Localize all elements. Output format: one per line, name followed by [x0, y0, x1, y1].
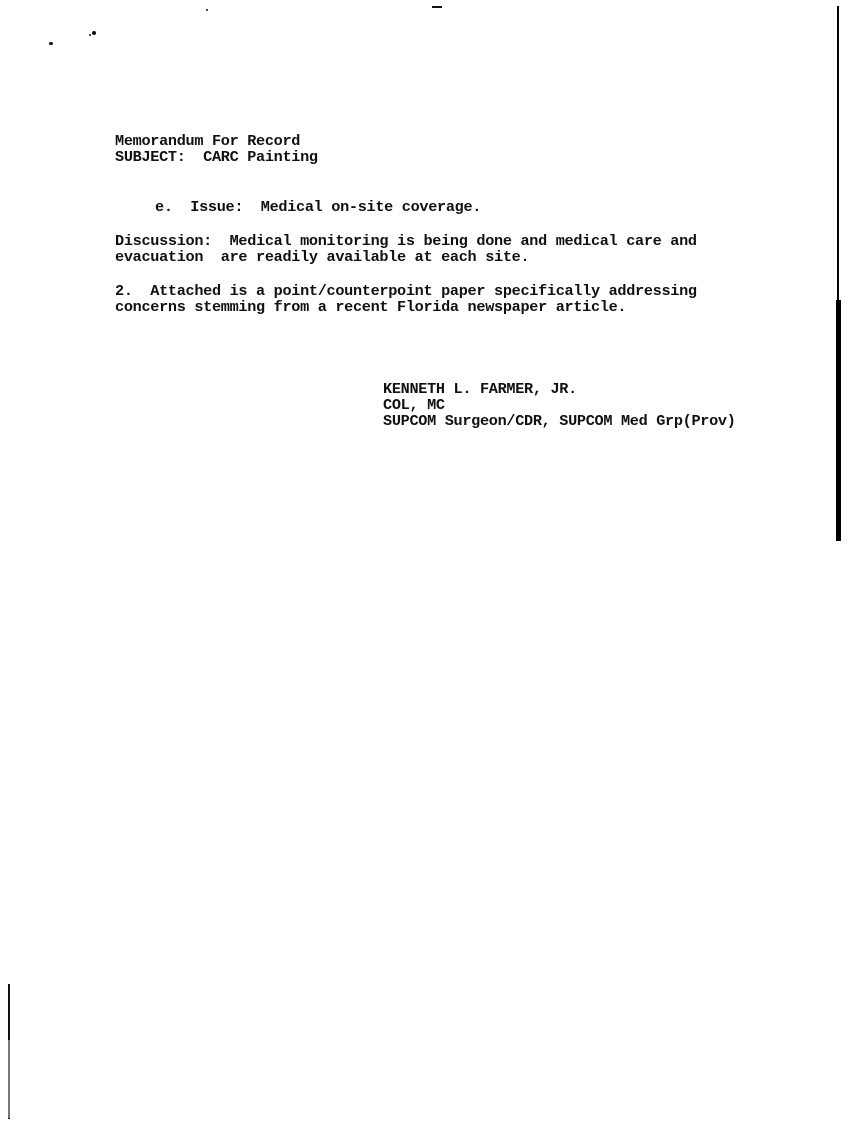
paragraph-2-line-2: concerns stemming from a recent Florida … — [115, 299, 626, 315]
scan-speck — [49, 42, 53, 45]
discussion-line-1: Discussion: Medical monitoring is being … — [115, 233, 697, 249]
scan-edge-right-thick — [836, 300, 841, 541]
memo-page: Memorandum For Record SUBJECT: CARC Pain… — [0, 0, 850, 1121]
scan-speck — [92, 31, 96, 35]
memo-header: Memorandum For Record — [115, 133, 300, 149]
discussion-line-2: evacuation are readily available at each… — [115, 249, 529, 265]
signature-rank: COL, MC — [383, 397, 445, 413]
scan-speck — [206, 9, 208, 11]
scan-edge-left-gray — [8, 1040, 10, 1118]
scan-mark — [432, 6, 442, 8]
memo-subject: SUBJECT: CARC Painting — [115, 149, 318, 165]
scan-speck — [89, 34, 91, 36]
signature-name: KENNETH L. FARMER, JR. — [383, 381, 577, 397]
signature-title: SUPCOM Surgeon/CDR, SUPCOM Med Grp(Prov) — [383, 413, 736, 429]
paragraph-2-line-1: 2. Attached is a point/counterpoint pape… — [115, 283, 697, 299]
issue-item-e: e. Issue: Medical on-site coverage. — [155, 199, 481, 215]
